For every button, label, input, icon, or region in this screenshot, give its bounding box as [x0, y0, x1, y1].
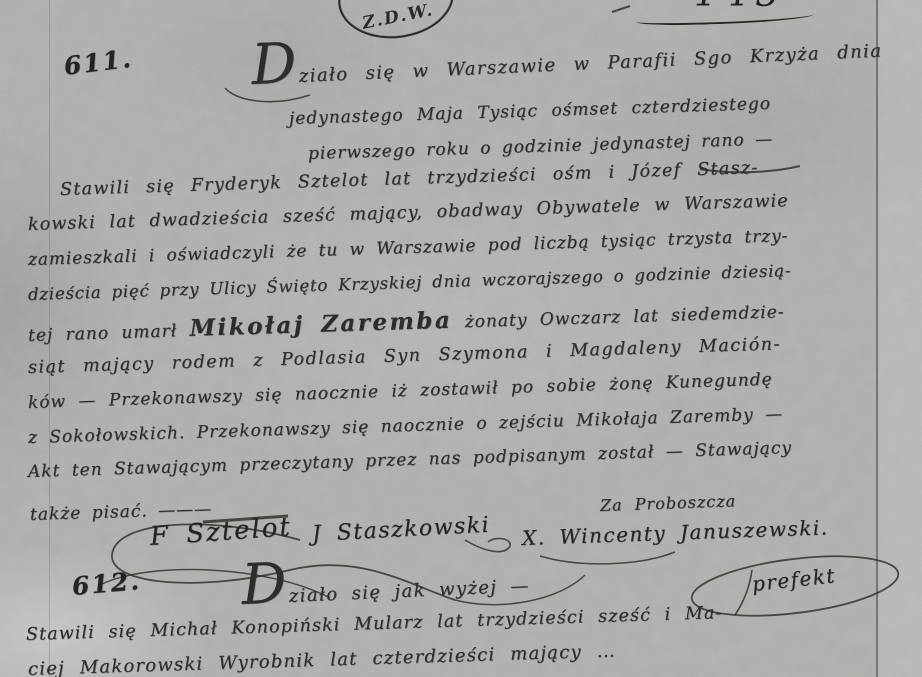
stamp-text: Z.D.W.: [361, 0, 438, 42]
entry611-line1: Działo się w Warszawie w Parafii Sgo Krz…: [251, 38, 882, 88]
entry611-line5: kowski lat dwadzieścia sześć mający, oba…: [28, 191, 789, 235]
signature-prefekt: prefekt: [751, 563, 837, 596]
right-margin-line: [876, 0, 878, 677]
entry612-line3: ciej Makorowski Wyrobnik lat czterdzieśc…: [28, 641, 617, 677]
entry611-line8-pre: tej rano umarł: [28, 321, 178, 346]
entry611-line12: Akt ten Stawającym przeczytany przez nas…: [28, 438, 793, 482]
signature-januszewski: X. Wincenty Januszewski.: [522, 515, 829, 550]
zdw-stamp: Z.D.W.: [334, 0, 459, 45]
deceased-name: Mikołaj Zaremba: [189, 307, 453, 342]
corner-number-underline: [636, 10, 814, 27]
entry611-line8-post: żonaty Owczarz lat siedemdzie-: [464, 302, 784, 332]
entry611-line4: Stawili się Fryderyk Sztelot lat trzydzi…: [60, 158, 759, 200]
entry611-line6: zamieszkali i oświadczyli że tu w Warsza…: [28, 226, 789, 270]
entry611-line7: dzieścia pięć przy Ulicy Święto Krzyskie…: [28, 261, 792, 304]
register-scan-page: Z.D.W. 143 611. Działo się w Warszawie w…: [0, 0, 922, 677]
signature-staszkowski: J Staszkowski: [311, 513, 490, 547]
za-proboszcza-note: Za Proboszcza: [600, 491, 737, 515]
entry612-line1: Działo się jak wyżej —: [241, 573, 530, 609]
entry611-line10: ków — Przekonawszy się naocznie iż zosta…: [28, 370, 773, 413]
entry-number-612: 612.: [71, 566, 142, 601]
entry612-line2: Stawili się Michał Konopiński Mularz lat…: [26, 603, 723, 645]
entry-number-611: 611.: [62, 44, 134, 81]
entry611-line2: jedynastego Maja Tysiąc ośmset czterdzie…: [289, 94, 772, 129]
